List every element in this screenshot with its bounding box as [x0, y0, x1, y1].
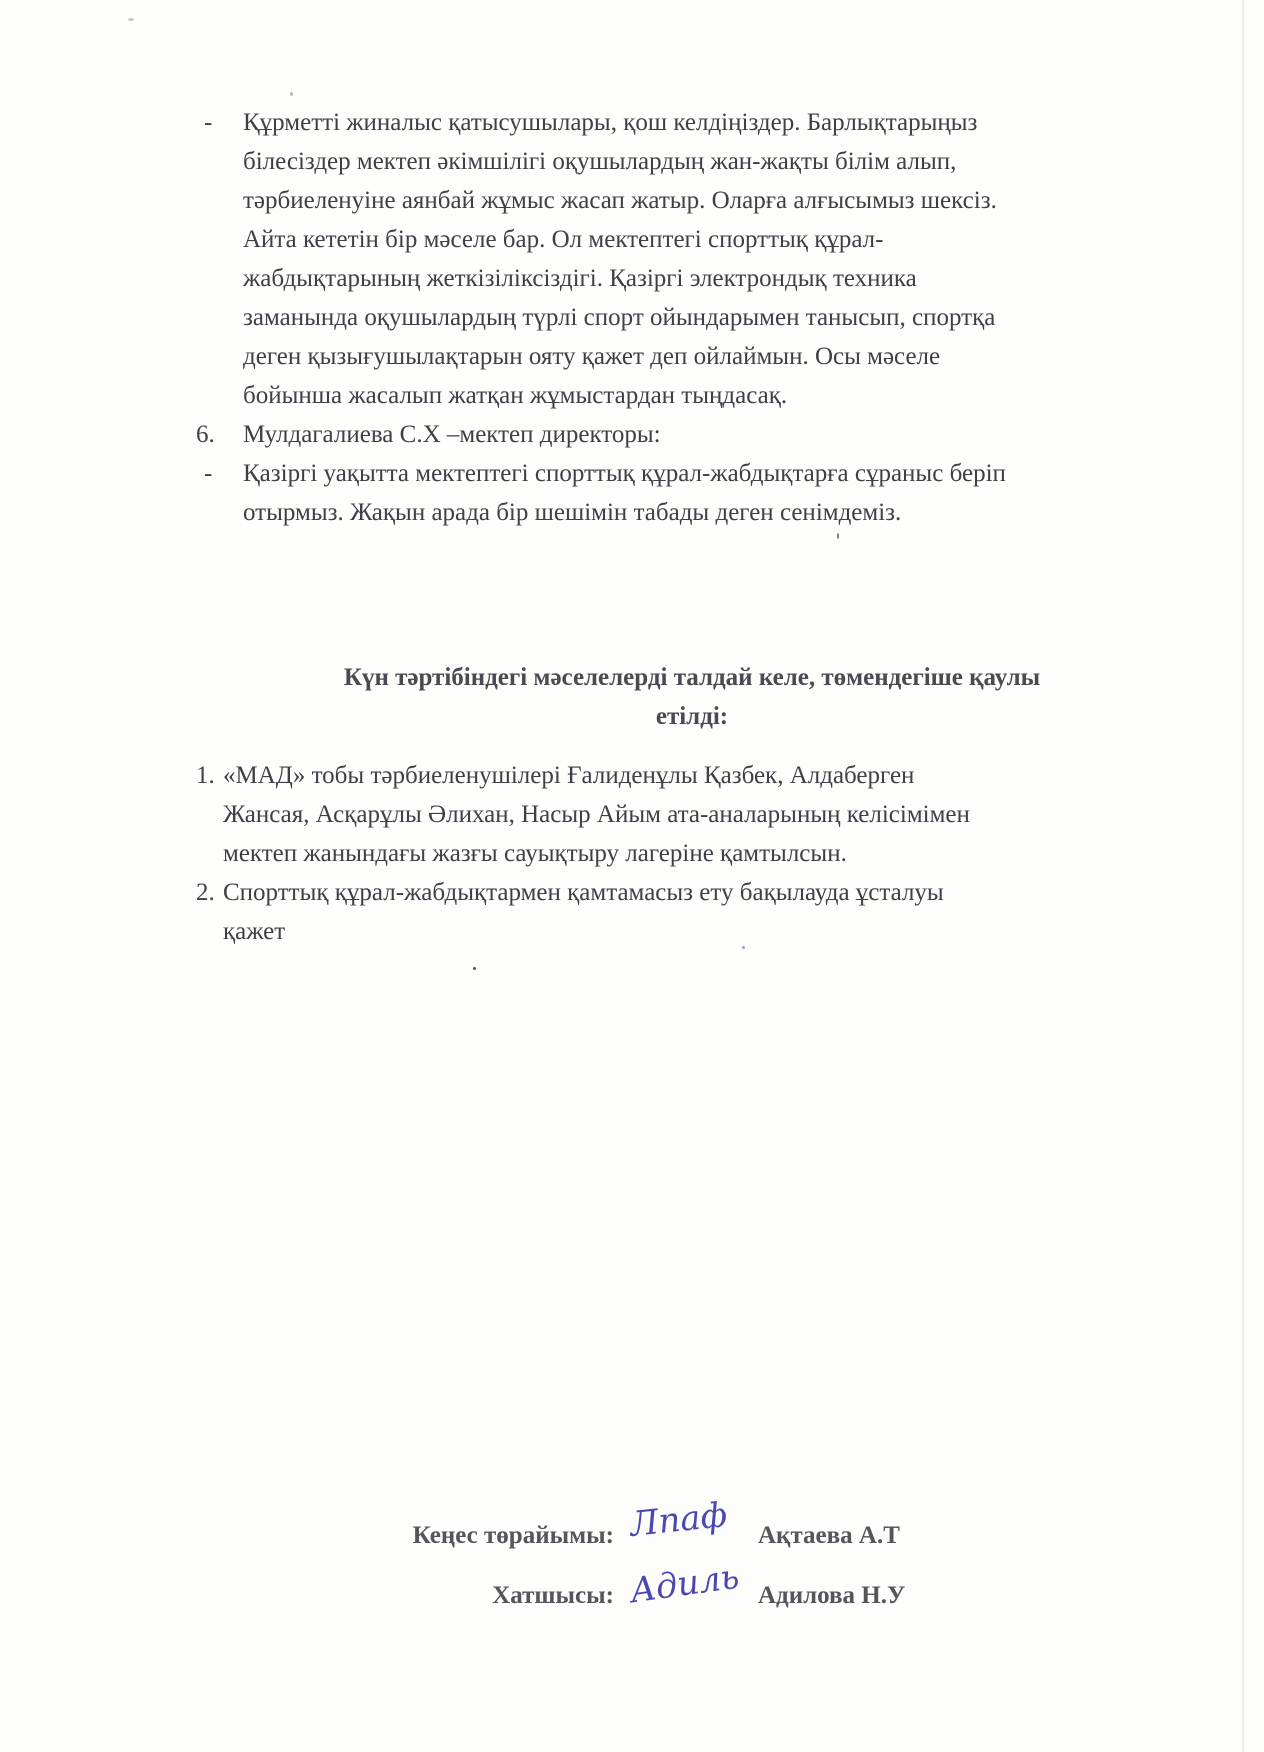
paragraph-line: білесіздер мектеп әкімшілігі оқушылардың…	[243, 142, 956, 181]
scan-speck	[128, 18, 134, 21]
paragraph-line: бойынша жасалып жатқан жұмыстардан тыңда…	[243, 376, 787, 415]
decision-heading-line: Күн тәртібіндегі мәселелерді талдай келе…	[0, 658, 1264, 697]
signature-label: Хатшысы:	[492, 1578, 614, 1614]
paragraph-line: жабдықтарының жеткізіліксіздігі. Қазіргі…	[243, 259, 917, 298]
paragraph-line: Қазіргі уақытта мектептегі спорттық құра…	[243, 454, 1006, 493]
paragraph-line: тәрбиеленуіне аянбай жұмыс жасап жатыр. …	[243, 181, 997, 220]
item-number: 2.	[196, 873, 215, 912]
signatory-name: Адилова Н.У	[758, 1578, 905, 1614]
page-edge	[1242, 0, 1244, 1752]
paragraph-line: деген қызығушылақтарын ояту қажет деп ой…	[243, 337, 940, 376]
paragraph-line: Құрметті жиналыс қатысушылары, қош келді…	[243, 103, 977, 142]
decision-heading-line: етілді:	[0, 697, 1264, 736]
decision-line: қажет	[223, 912, 285, 951]
decision-line: мектеп жанындағы жазғы сауықтыру лагерін…	[223, 834, 847, 873]
scan-speck	[473, 967, 476, 970]
scan-speck	[290, 92, 293, 96]
paragraph-line: Айта кететін бір мәселе бар. Ол мектепте…	[243, 220, 883, 259]
paragraph-line: заманында оқушылардың түрлі спорт ойында…	[243, 298, 995, 337]
paragraph-line: отырмыз. Жақын арада бір шешімін табады …	[243, 493, 901, 532]
signature-label: Кеңес төрайымы:	[413, 1518, 614, 1554]
dash-marker: -	[204, 454, 212, 493]
item-number: 6.	[196, 415, 215, 454]
decision-line: «МАД» тобы тәрбиеленушілері Ғалиденұлы Қ…	[223, 756, 914, 795]
handwritten-signature: Адиль	[628, 1557, 742, 1612]
signatory-name: Ақтаева А.Т	[758, 1518, 900, 1554]
handwritten-signature: Лпаф	[628, 1495, 729, 1545]
speaker-line: Мулдагалиева С.Х –мектеп директоры:	[243, 415, 661, 454]
dash-marker: -	[204, 103, 212, 142]
scan-speck	[742, 946, 745, 949]
decision-line: Жансая, Асқарұлы Әлихан, Насыр Айым ата-…	[223, 795, 970, 834]
item-number: 1.	[196, 756, 215, 795]
scan-speck	[837, 533, 839, 539]
decision-line: Спорттық құрал-жабдықтармен қамтамасыз е…	[223, 873, 944, 912]
